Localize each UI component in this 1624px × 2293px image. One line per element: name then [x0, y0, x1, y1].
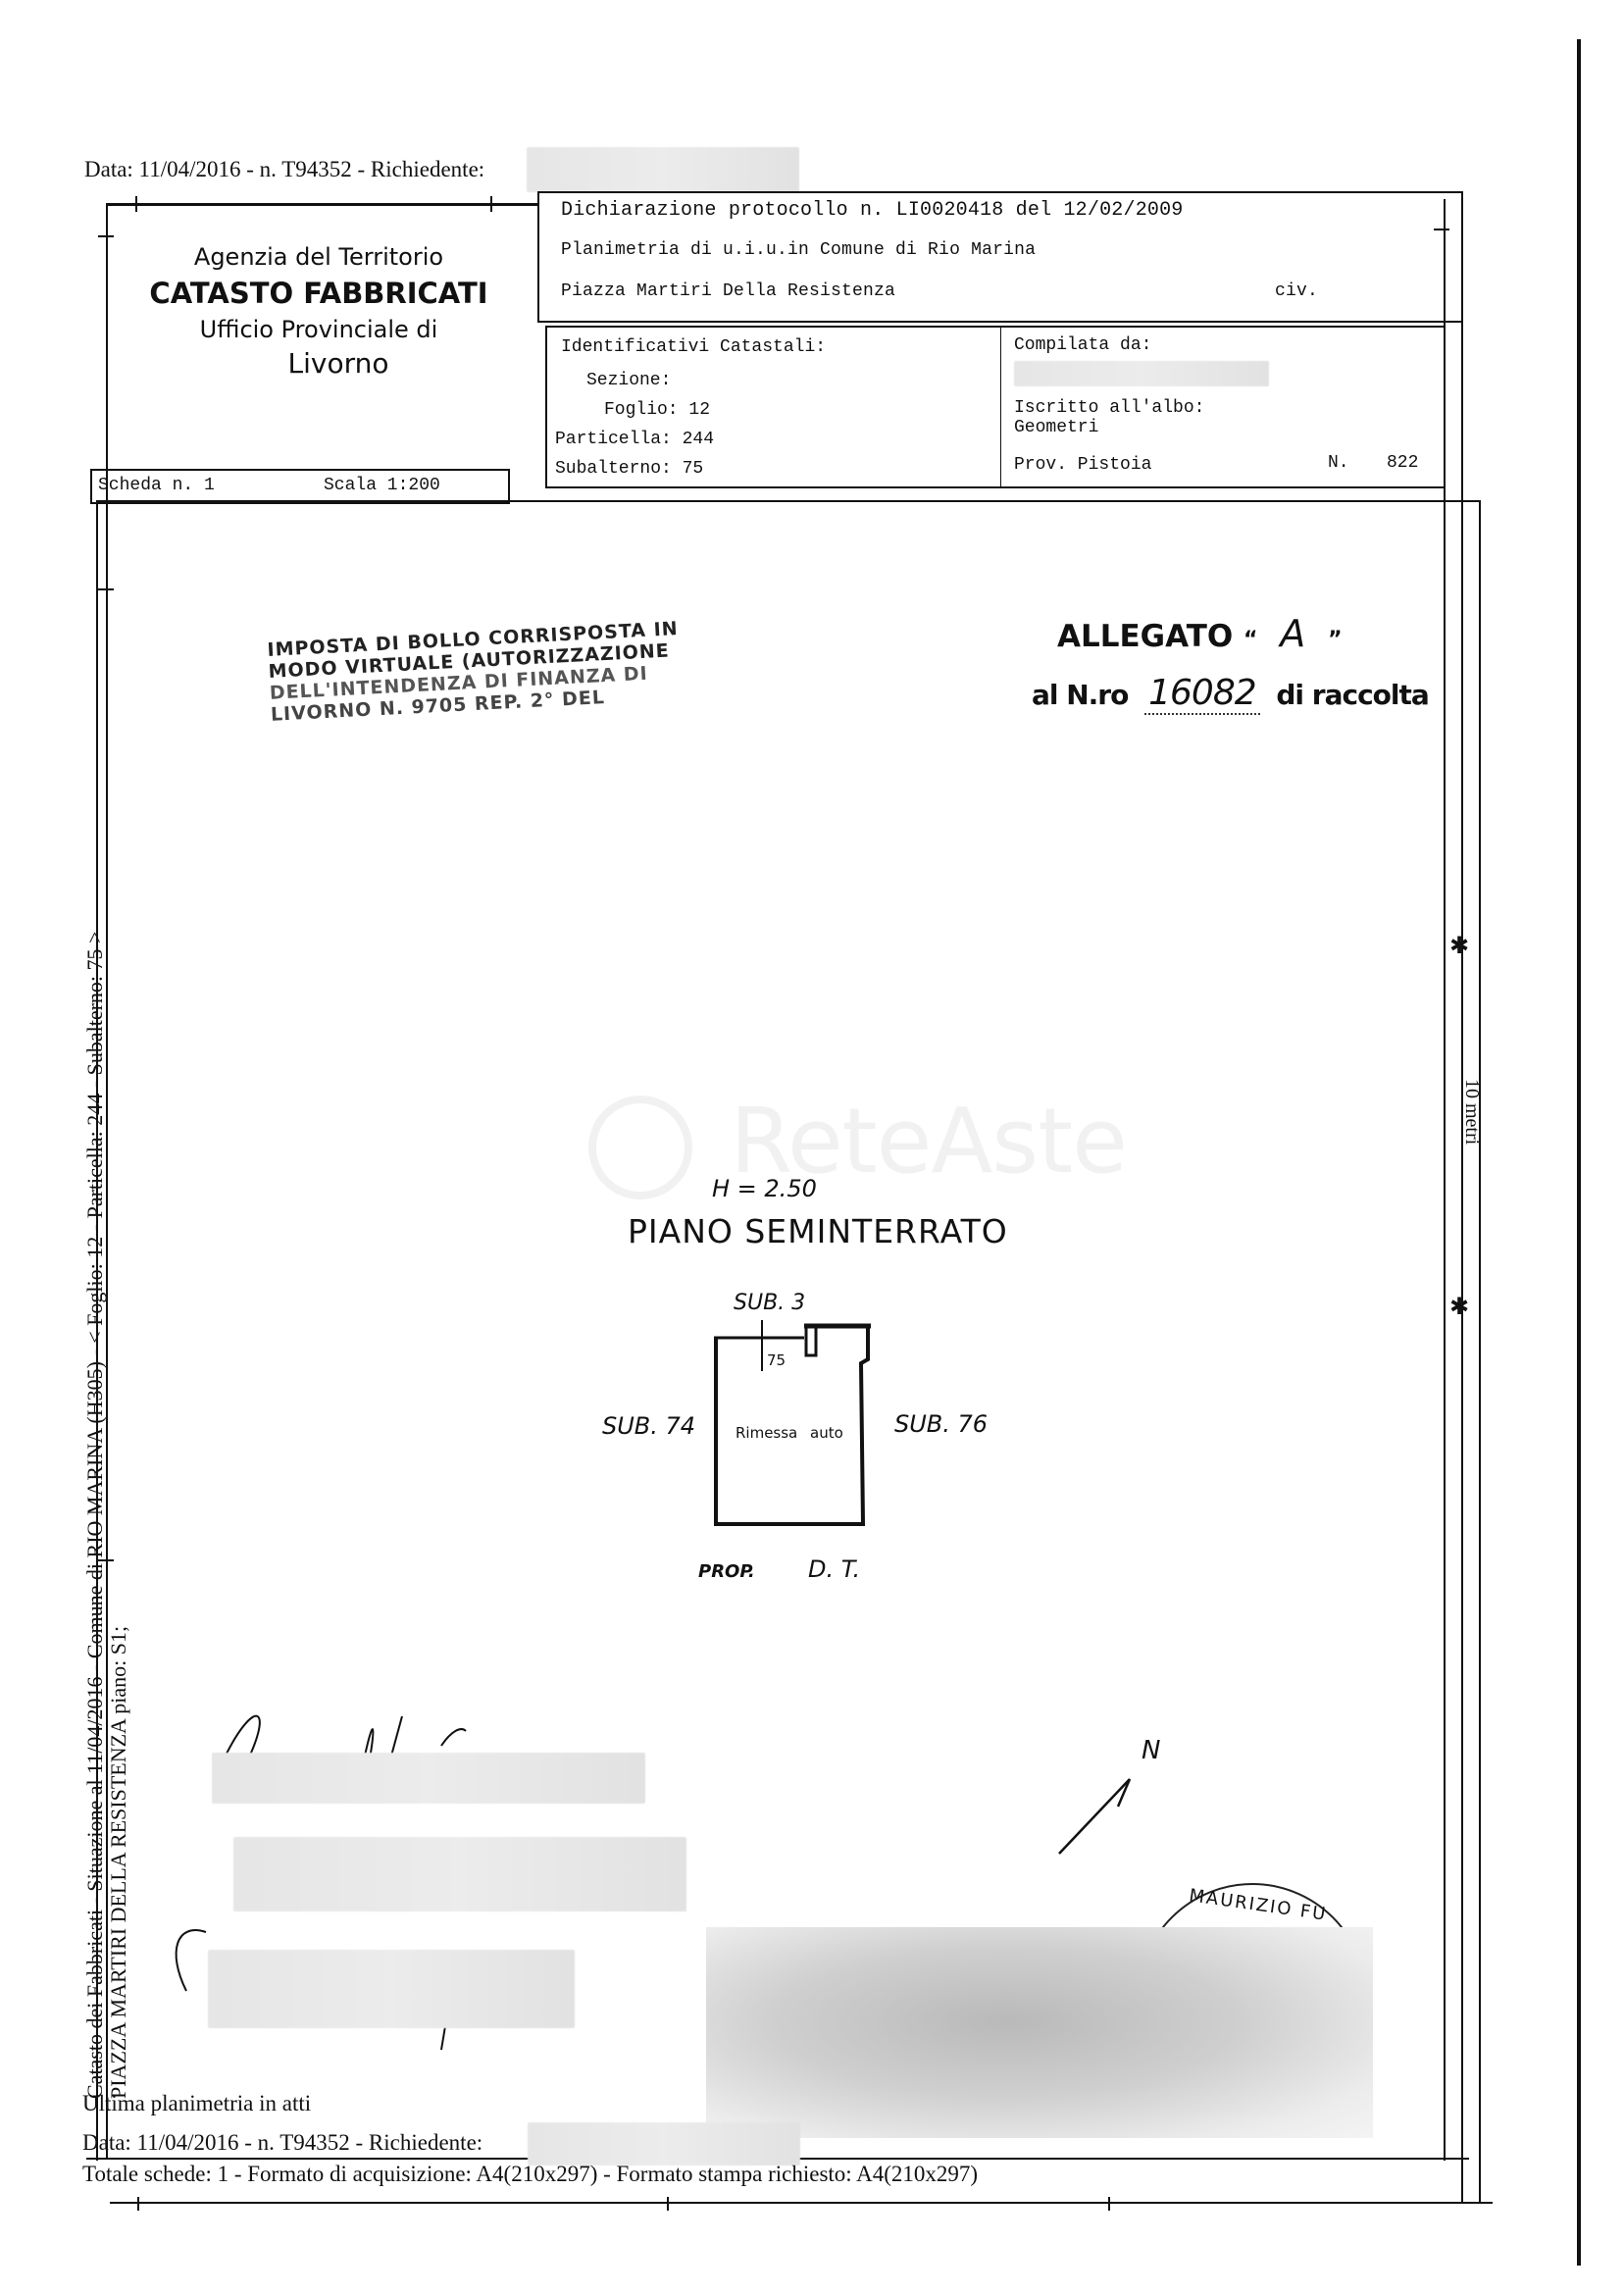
particella-field: Particella: 244	[555, 430, 714, 449]
number-value: 822	[1387, 453, 1418, 473]
quote-close: ”	[1328, 628, 1342, 652]
collection-number: al N.ro 16082 di raccolta	[1032, 673, 1429, 715]
scale-ratio: Scala 1:200	[324, 476, 440, 495]
register-label: Iscritto all'albo:	[1014, 398, 1204, 418]
number-label: N.	[1328, 453, 1349, 473]
room-label: Rimessa auto	[736, 1424, 843, 1442]
owner-note-prop: PROP.	[698, 1561, 755, 1582]
frame-top-left	[106, 203, 537, 206]
owner-note-initials: D. T.	[808, 1555, 860, 1583]
sub-top-label: SUB. 3	[734, 1291, 805, 1315]
address-text: Piazza Martiri Della Resistenza	[561, 281, 895, 301]
stamp-duty-note: IMPOSTA DI BOLLO CORRISPOSTA IN MODO VIR…	[267, 618, 683, 726]
drawing-frame-right	[1479, 500, 1481, 2202]
tick	[135, 196, 137, 212]
civic-label: civ.	[1275, 281, 1318, 301]
side-text-address: PIAZZA MARTIRI DELLA RESISTENZA piano: S…	[106, 1626, 131, 2099]
register-value: Geometri	[1014, 418, 1098, 437]
tick	[490, 196, 492, 212]
side-text-cadastral: Catasto dei Fabbricati - Situazione al 1…	[82, 932, 108, 2099]
quote-open: “	[1243, 628, 1257, 652]
footer-totals-line: Totale schede: 1 - Formato di acquisizio…	[82, 2162, 978, 2187]
floor-title: PIANO SEMINTERRATO	[628, 1212, 1008, 1250]
office-name: Ufficio Provinciale di	[108, 316, 530, 343]
planimetry-text: Planimetria di u.i.u.in Comune di Rio Ma…	[561, 240, 1036, 260]
redacted-signature-3	[208, 1950, 575, 2028]
frame-right-inner	[1444, 199, 1446, 2161]
office-city: Livorno	[108, 347, 530, 380]
sub-right-label: SUB. 76	[894, 1410, 988, 1438]
identifiers-title: Identificativi Catastali:	[561, 337, 826, 357]
redacted-requester-top	[527, 147, 799, 192]
watermark-logo-icon	[588, 1096, 692, 1199]
watermark: ReteAste	[588, 1089, 1127, 1199]
redacted-signature-1	[212, 1753, 645, 1804]
subalterno-field: Subalterno: 75	[555, 459, 703, 479]
tick	[1108, 2197, 1110, 2211]
attachment-title: ALLEGATO “ A ”	[1057, 612, 1343, 655]
identifiers-box: Identificativi Catastali: Sezione: Fogli…	[545, 326, 1001, 488]
declaration-box: Dichiarazione protocollo n. LI0020418 de…	[537, 191, 1463, 323]
request-info-text: Data: 11/04/2016 - n. T94352 - Richieden…	[84, 157, 484, 181]
province-field: Prov. Pistoia	[1014, 455, 1151, 475]
scale-bar-label: 10 metri	[1460, 1079, 1483, 1145]
collection-value: 16082	[1144, 673, 1260, 715]
sheet-scale-box: Scheda n. 1 Scala 1:200	[90, 469, 510, 504]
agency-block: Agenzia del Territorio CATASTO FABBRICAT…	[108, 235, 530, 380]
redacted-compiler	[1014, 361, 1269, 386]
tick	[98, 588, 114, 590]
declaration-text: Dichiarazione protocollo n. LI0020418 de…	[561, 199, 1184, 222]
scale-tick-top: ✱	[1449, 932, 1469, 959]
foglio-field: Foglio: 12	[604, 400, 710, 420]
unit-number: 75	[767, 1351, 786, 1369]
collection-prefix: al N.ro	[1032, 679, 1128, 711]
drawing-frame-top	[96, 500, 1479, 502]
frame-bottom-outer	[110, 2202, 1493, 2204]
request-info-top: Data: 11/04/2016 - n. T94352 - Richieden…	[84, 157, 484, 182]
tick	[667, 2197, 669, 2211]
compiler-label: Compilata da:	[1014, 335, 1151, 355]
sub-left-label: SUB. 74	[602, 1412, 695, 1440]
tick	[137, 2197, 139, 2211]
far-right-edge	[1577, 39, 1581, 2266]
attachment-label: ALLEGATO	[1057, 619, 1233, 654]
sheet-number: Scheda n. 1	[98, 476, 215, 495]
attachment-letter: A	[1280, 612, 1305, 655]
north-label: N	[1142, 1736, 1160, 1765]
collection-suffix: di raccolta	[1276, 679, 1428, 711]
seal-text: MAURIZIO FU	[1188, 1885, 1328, 1925]
sezione-field: Sezione:	[586, 371, 671, 390]
agency-name: Agenzia del Territorio	[108, 243, 530, 271]
redacted-signature-2	[233, 1837, 686, 1911]
last-plan-note: Ultima planimetria in atti	[82, 2091, 311, 2116]
redacted-seal-signature	[706, 1927, 1373, 2138]
compiler-box: Compilata da: Iscritto all'albo: Geometr…	[998, 326, 1446, 488]
footer-date-line: Data: 11/04/2016 - n. T94352 - Richieden…	[82, 2130, 482, 2156]
height-note: H = 2.50	[712, 1175, 817, 1202]
scale-tick-bottom: ✱	[1449, 1293, 1469, 1320]
catasto-title: CATASTO FABBRICATI	[108, 277, 530, 310]
redacted-requester-bottom	[528, 2122, 800, 2166]
